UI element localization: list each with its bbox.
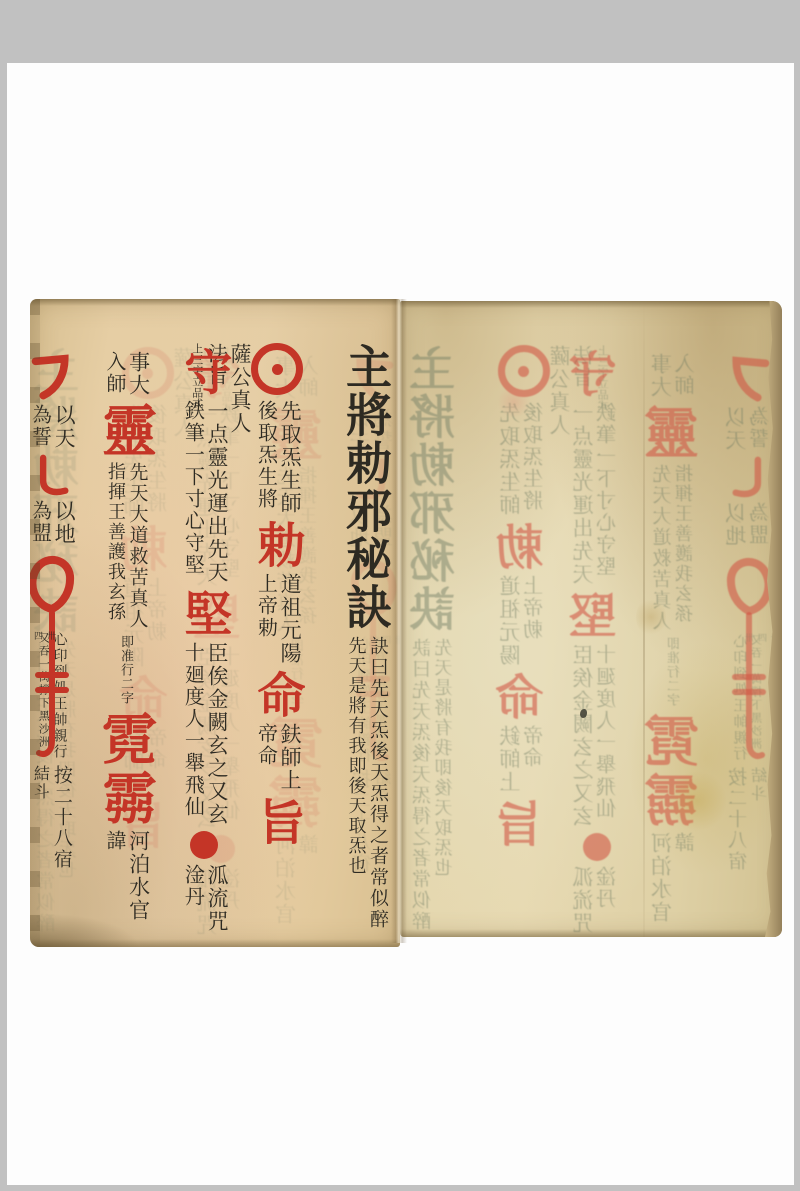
red-character: 旨 <box>500 799 548 847</box>
pair-left-text: 淦丹 <box>598 866 620 935</box>
pair-right-text: 臣俟金闕玄之又玄 <box>205 642 228 826</box>
text-pair: 事大入師 <box>651 353 699 399</box>
pair-left-text: 為盟 <box>751 502 773 548</box>
stain <box>496 387 532 417</box>
pair-right-text: 鈇師上 <box>278 723 301 792</box>
pair-left-text: 指揮王善護我玄孫 <box>676 464 695 632</box>
pair-right-text: 臣俟金闕玄之又玄 <box>573 644 596 828</box>
pair-right-text: 事大 <box>651 353 674 399</box>
pair-left-text: 鉄筆一下寸心守堅 <box>598 402 620 586</box>
red-dot-symbol <box>190 831 218 859</box>
text-pair: 心印到処王帥親行又吞一萬撑下黑沙洲 <box>735 634 766 762</box>
red-character: 命 <box>253 670 301 718</box>
pair-right-text: 一点靈光運出先天 <box>573 402 596 586</box>
pair-left-text: 鉄筆一下寸心守堅 <box>182 400 204 584</box>
red-character: 霛 <box>98 770 153 825</box>
column-ling-talisman-column: 事大入師靈先天大道救苦真人指揮王善護我玄孫即准行二字霓霛河泊水官諱 <box>648 353 726 937</box>
pair-right-text: 心印到処王帥親行 <box>735 634 750 762</box>
pair-left-text: 法旨 <box>575 345 597 437</box>
pair-left-text: 諱 <box>103 830 125 922</box>
pair-right-text: 一点靈光運出先天 <box>205 400 228 584</box>
pair-left-text: 指揮王善護我玄孫 <box>106 462 125 630</box>
manuscript-spread: 主將勅邪秘訣訣曰先天炁後天炁得之者常似醉先天是將有我即後天取炁也先取炁生師後取炁… <box>30 299 782 949</box>
pair-right-text: 訣曰先天炁後天炁得之者常似醉 <box>367 636 388 930</box>
red-character: 靈 <box>98 402 153 457</box>
pair-left-text: 結斗 <box>752 767 769 872</box>
pair-left-text: 淦丹 <box>182 864 204 933</box>
text-pair: 以天為誓 <box>726 406 774 452</box>
text-pair: 先天大道救苦真人指揮王善護我玄孫 <box>104 462 148 630</box>
pair-left-text: 諱 <box>676 832 698 924</box>
scanner-background: 主將勅邪秘訣訣曰先天炁後天炁得之者常似醉先天是將有我即後天取炁也先取炁生師後取炁… <box>0 0 800 1191</box>
scan-panel: 主將勅邪秘訣訣曰先天炁後天炁得之者常似醉先天是將有我即後天取炁也先取炁生師後取炁… <box>7 63 794 1185</box>
pair-right-text: 以地 <box>726 502 749 548</box>
text-pair: 一点靈光運出先天鉄筆一下寸心守堅 <box>180 400 228 584</box>
pair-right-text: 事大 <box>127 351 150 397</box>
pair-left-text: 後取炁生將 <box>525 402 547 517</box>
right-page: 主將勅邪秘訣訣曰先天炁後天炁得之者常似醉先天是將有我即後天取炁也先取炁生師後取炁… <box>400 301 782 937</box>
red-character: 霓 <box>648 712 703 767</box>
red-character: 守 <box>573 349 621 397</box>
page-seam <box>391 299 407 943</box>
column-shou-jian-column: 守一点靈光運出先天鉄筆一下寸心守堅堅臣俟金闕玄之又玄十廻度人一舉飛仙泒流咒淦丹 <box>573 349 647 937</box>
text-pair: 河泊水官諱 <box>101 830 149 922</box>
worn-edge <box>400 929 782 937</box>
pair-right-text: 道祖元陽 <box>278 573 301 665</box>
red-character: 勅 <box>253 520 301 568</box>
pair-right-text: 先取炁生師 <box>500 402 523 517</box>
pair-left-text: 帝命 <box>525 725 547 794</box>
pair-right-text: 訣曰先天炁後天炁得之者常似醉 <box>413 638 434 932</box>
pair-left-text: 十廻度人一舉飛仙 <box>182 642 204 826</box>
red-character: 堅 <box>573 591 621 639</box>
text-pair: 事大入師 <box>101 351 149 397</box>
text-pair: 泒流咒淦丹 <box>180 864 228 933</box>
title-text: 主將勅邪秘訣 <box>412 345 458 633</box>
red-character: 勅 <box>500 522 548 570</box>
pair-right-text: 道祖元陽 <box>500 575 523 667</box>
text-pair: 以地為盟 <box>726 502 774 548</box>
pair-left-text: 先天是將有我即後天取炁也 <box>346 636 365 930</box>
text-pair: 先取炁生師後取炁生將 <box>253 400 301 515</box>
pair-left-text: 後取炁生將 <box>255 400 277 515</box>
annotation-text: 即准行二字 <box>116 635 135 705</box>
worn-corner <box>30 913 140 947</box>
text-pair: 先取炁生師後取炁生將 <box>500 402 548 517</box>
annotation-text: 即准行二字 <box>666 637 685 707</box>
pair-right-text: 薩公真人 <box>550 345 573 437</box>
deckle-edge <box>765 301 782 937</box>
text-pair: 鈇師上帝命 <box>500 725 548 794</box>
pair-right-text: 以地 <box>52 500 75 546</box>
text-pair: 道祖元陽上帝勅 <box>253 573 301 665</box>
column-decree-column: 先取炁生師後取炁生將勅道祖元陽上帝勅命鈇師上帝命旨薩公真人法旨上三字立品式 <box>227 343 303 943</box>
column-decree-column: 先取炁生師後取炁生將勅道祖元陽上帝勅命鈇師上帝命旨薩公真人法旨上三字立品式 <box>498 345 574 937</box>
text-pair: 訣曰先天炁後天炁得之者常似醉先天是將有我即後天取炁也 <box>344 636 388 930</box>
red-character: 霓 <box>98 710 153 765</box>
fu-stroke-icon <box>728 353 772 401</box>
left-page-content: 主將勅邪秘訣訣曰先天炁後天炁得之者常似醉先天是將有我即後天取炁也先取炁生師後取炁… <box>30 299 397 947</box>
red-character: 堅 <box>180 589 228 637</box>
red-character: 旨 <box>253 797 301 845</box>
pair-left-text: 上帝勅 <box>525 575 547 667</box>
pair-right-text: 河泊水官 <box>127 830 150 922</box>
text-pair: 薩公真人法旨上三字立品式 <box>550 345 612 437</box>
column-title-column: 主將勅邪秘訣訣曰先天炁後天炁得之者常似醉先天是將有我即後天取炁也 <box>301 343 389 943</box>
pair-note-text: 上三字立品式 <box>598 345 610 437</box>
pair-left-text: 帝命 <box>255 723 277 792</box>
pair-left-text: 先天是將有我即後天取炁也 <box>436 638 455 932</box>
worn-edge <box>30 299 400 306</box>
pair-right-text: 先取炁生師 <box>278 400 301 515</box>
pair-right-text: 鈇師上 <box>500 725 523 794</box>
pair-left-text: 十廻度人一舉飛仙 <box>598 644 620 828</box>
pair-right-text: 按二十八宿 <box>729 767 750 872</box>
text-pair: 按二十八宿結斗 <box>729 767 771 872</box>
text-pair: 臣俟金闕玄之又玄十廻度人一舉飛仙 <box>180 642 228 826</box>
text-pair: 一点靈光運出先天鉄筆一下寸心守堅 <box>573 402 621 586</box>
left-page-content: 主將勅邪秘訣訣曰先天炁後天炁得之者常似醉先天是將有我即後天取炁也先取炁生師後取炁… <box>404 301 771 937</box>
column-shou-jian-column: 守一点靈光運出先天鉄筆一下寸心守堅堅臣俟金闕玄之又玄十廻度人一舉飛仙泒流咒淦丹 <box>154 347 228 947</box>
red-ring-symbol <box>251 343 303 395</box>
text-pair: 鈇師上帝命 <box>253 723 301 792</box>
worn-edge <box>30 299 40 947</box>
pair-left-text: 上帝勅 <box>255 573 277 665</box>
stain <box>636 597 666 637</box>
red-character: 靈 <box>648 404 703 459</box>
text-pair: 訣曰先天炁後天炁得之者常似醉先天是將有我即後天取炁也 <box>413 638 457 932</box>
pair-left-text: 又吞一萬撑下黑沙洲 <box>752 634 764 762</box>
pair-right-text: 以天 <box>726 406 749 452</box>
text-pair: 臣俟金闕玄之又玄十廻度人一舉飛仙 <box>573 644 621 828</box>
red-character: 守 <box>180 347 228 395</box>
stain <box>668 769 726 833</box>
l-stroke-icon <box>730 457 770 497</box>
worn-edge <box>400 301 782 308</box>
title-text: 主將勅邪秘訣 <box>343 343 389 631</box>
pair-right-text: 泒流咒 <box>573 866 596 935</box>
column-title-column: 主將勅邪秘訣訣曰先天炁後天炁得之者常似醉先天是將有我即後天取炁也 <box>412 345 500 937</box>
pair-right-text: 泒流咒 <box>205 864 228 933</box>
red-dot-symbol <box>583 833 611 861</box>
text-pair: 泒流咒淦丹 <box>573 866 621 935</box>
pair-right-text: 以天 <box>52 404 75 450</box>
bleed-through-ghost: 主將勅邪秘訣訣曰先天炁後天炁得之者常似醉先天是將有我即後天取炁也先取炁生師後取炁… <box>408 301 771 937</box>
pair-right-text: 河泊水官 <box>651 832 674 924</box>
column-ling-talisman-column: 事大入師靈先天大道救苦真人指揮王善護我玄孫即准行二字霓霛河泊水官諱 <box>75 351 153 947</box>
ink-speck <box>580 709 587 718</box>
pair-left-text: 為誓 <box>751 406 773 452</box>
text-pair: 道祖元陽上帝勅 <box>500 575 548 667</box>
left-page: 主將勅邪秘訣訣曰先天炁後天炁得之者常似醉先天是將有我即後天取炁也先取炁生師後取炁… <box>30 299 400 947</box>
pair-right-text: 按二十八宿 <box>51 765 72 870</box>
pair-left-text: 入師 <box>676 353 698 399</box>
text-pair: 河泊水官諱 <box>651 832 699 924</box>
pair-right-text: 先天大道救苦真人 <box>127 462 148 630</box>
red-character: 命 <box>500 672 548 720</box>
pair-left-text: 入師 <box>103 351 125 397</box>
